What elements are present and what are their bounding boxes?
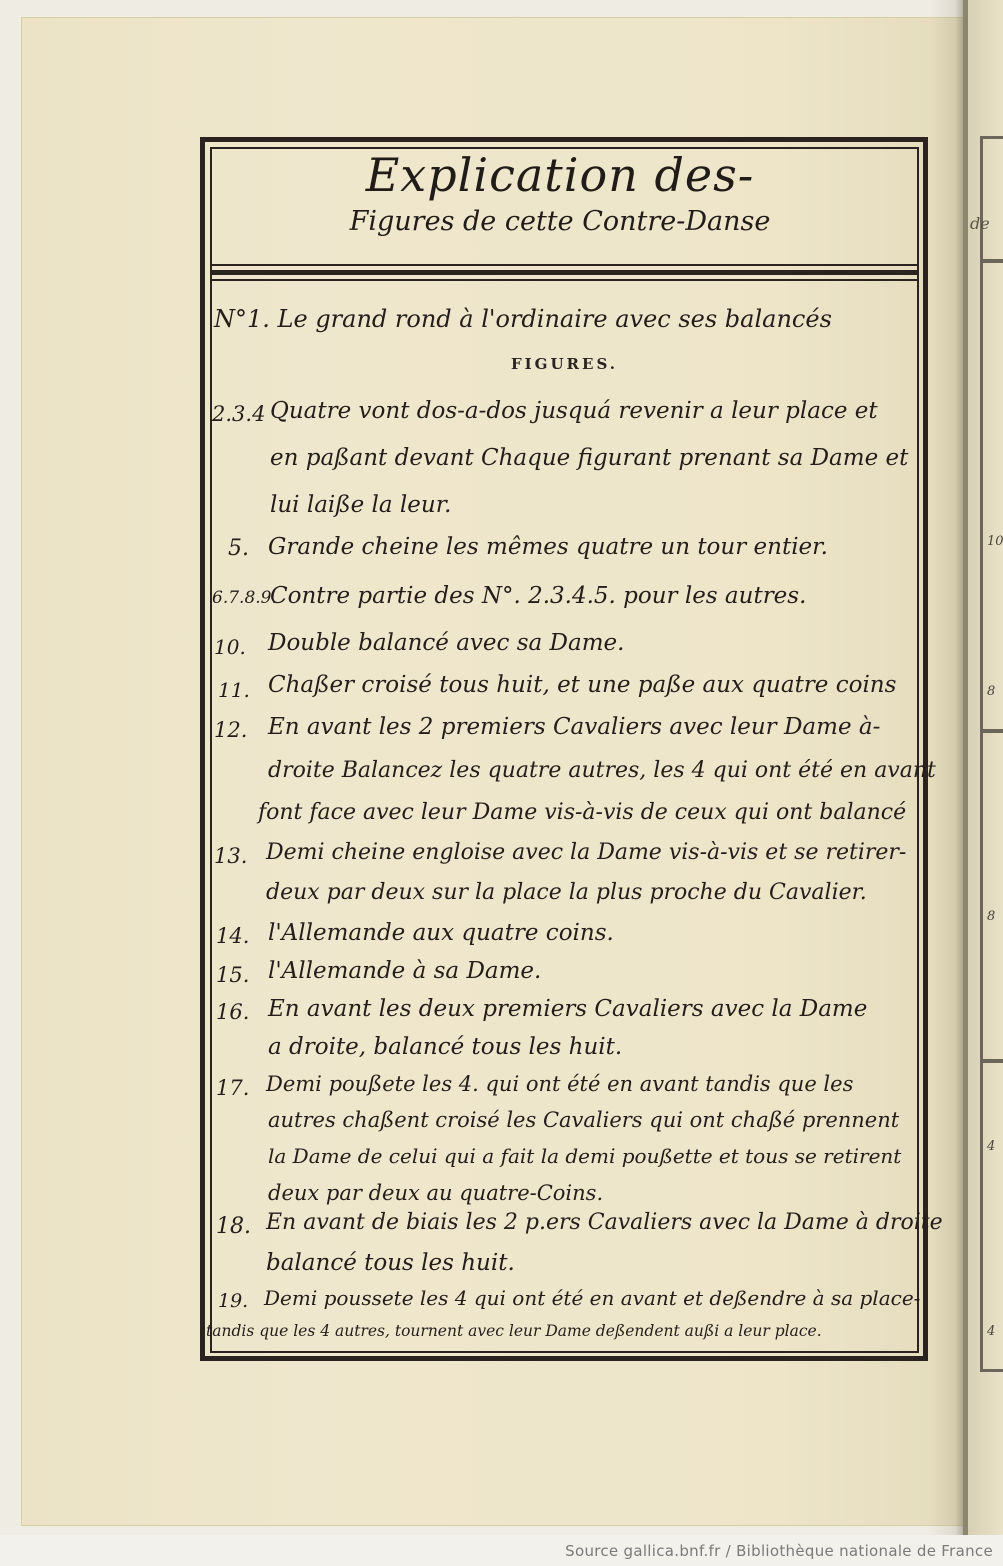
- entry-number: 13.: [214, 844, 247, 868]
- entry-line: tandis que les 4 autres, tournent avec l…: [206, 1322, 822, 1340]
- entry-line: en paßant devant Chaque figurant prenant…: [270, 445, 908, 471]
- entry-line: l'Allemande à sa Dame.: [268, 958, 541, 984]
- source-attribution: Source gallica.bnf.fr / Bibliothèque nat…: [565, 1542, 993, 1560]
- entry-number: 17.: [216, 1076, 249, 1100]
- entry-number: 6.7.8.9.: [212, 588, 277, 608]
- page-subtitle: Figures de cette Contre-Danse: [300, 206, 820, 237]
- entry-number: 12.: [214, 718, 247, 742]
- adjacent-rule: [983, 1059, 1003, 1063]
- adjacent-page-frame: 10 8 8 4 4: [980, 136, 1003, 1372]
- entry-line: la Dame de celui qui a fait la demi pouß…: [268, 1144, 901, 1168]
- entry-number: 19.: [218, 1290, 248, 1312]
- entry-number: 11.: [218, 678, 250, 702]
- entry-line: deux par deux au quatre-Coins.: [268, 1181, 603, 1205]
- entry-number: 14.: [216, 924, 249, 948]
- adjacent-number: 8: [987, 684, 995, 699]
- entry-text: Le grand rond à l'ordinaire avec ses bal…: [278, 305, 832, 333]
- entry-line: En avant les deux premiers Cavaliers ave…: [268, 996, 867, 1022]
- entry-line: Demi cheine engloise avec la Dame vis-à-…: [266, 840, 906, 865]
- entry-line: balancé tous les huit.: [266, 1250, 515, 1276]
- adjacent-number: 10: [987, 534, 1003, 549]
- adjacent-number: 4: [987, 1139, 995, 1154]
- adjacent-title-fragment: de: [970, 214, 990, 233]
- header-divider: [210, 279, 919, 281]
- entry-line: a droite, balancé tous les huit.: [268, 1034, 622, 1060]
- entry-line: En avant de biais les 2 p.ers Cavaliers …: [266, 1210, 943, 1235]
- entry-line: Demi poußete les 4. qui ont été en avant…: [266, 1072, 853, 1096]
- header-divider: [210, 264, 919, 266]
- entry-line: l'Allemande aux quatre coins.: [268, 920, 614, 946]
- entry-line: Double balancé avec sa Dame.: [268, 630, 624, 656]
- entry-line: deux par deux sur la place la plus proch…: [266, 880, 867, 905]
- entry-line: autres chaßent croisé les Cavaliers qui …: [268, 1108, 899, 1132]
- entry-number: 15.: [216, 963, 249, 987]
- adjacent-page: 10 8 8 4 4 de: [968, 0, 1003, 1535]
- entry-line: Chaßer croisé tous huit, et une paße aux…: [268, 672, 896, 698]
- entry-line: En avant les 2 premiers Cavaliers avec l…: [268, 714, 880, 740]
- page-title: Explication des-: [300, 148, 820, 202]
- adjacent-number: 8: [987, 909, 995, 924]
- intro-entry: N°1. Le grand rond à l'ordinaire avec se…: [214, 305, 832, 333]
- adjacent-number: 4: [987, 1324, 995, 1339]
- section-heading: FIGURES.: [210, 355, 919, 373]
- entry-number: 5.: [228, 536, 249, 561]
- entry-line: font face avec leur Dame vis-à-vis de ce…: [258, 800, 906, 825]
- adjacent-rule: [983, 729, 1003, 733]
- entry-line: Grande cheine les mêmes quatre un tour e…: [268, 534, 828, 560]
- adjacent-rule: [983, 259, 1003, 263]
- entry-number: 2.3.4: [212, 402, 265, 426]
- header-divider: [210, 270, 919, 275]
- entry-line: droite Balancez les quatre autres, les 4…: [268, 758, 936, 783]
- entry-number: 10.: [214, 635, 246, 659]
- entry-line: Demi poussete les 4 qui ont été en avant…: [264, 1286, 920, 1310]
- entry-line: Quatre vont dos-a-dos jusquá revenir a l…: [270, 398, 878, 424]
- entry-line: Contre partie des N°. 2.3.4.5. pour les …: [270, 583, 806, 609]
- entry-number: N°1.: [214, 305, 270, 333]
- entry-number: 18.: [216, 1214, 251, 1239]
- entry-number: 16.: [216, 1000, 249, 1024]
- entry-line: lui laiße la leur.: [270, 492, 451, 518]
